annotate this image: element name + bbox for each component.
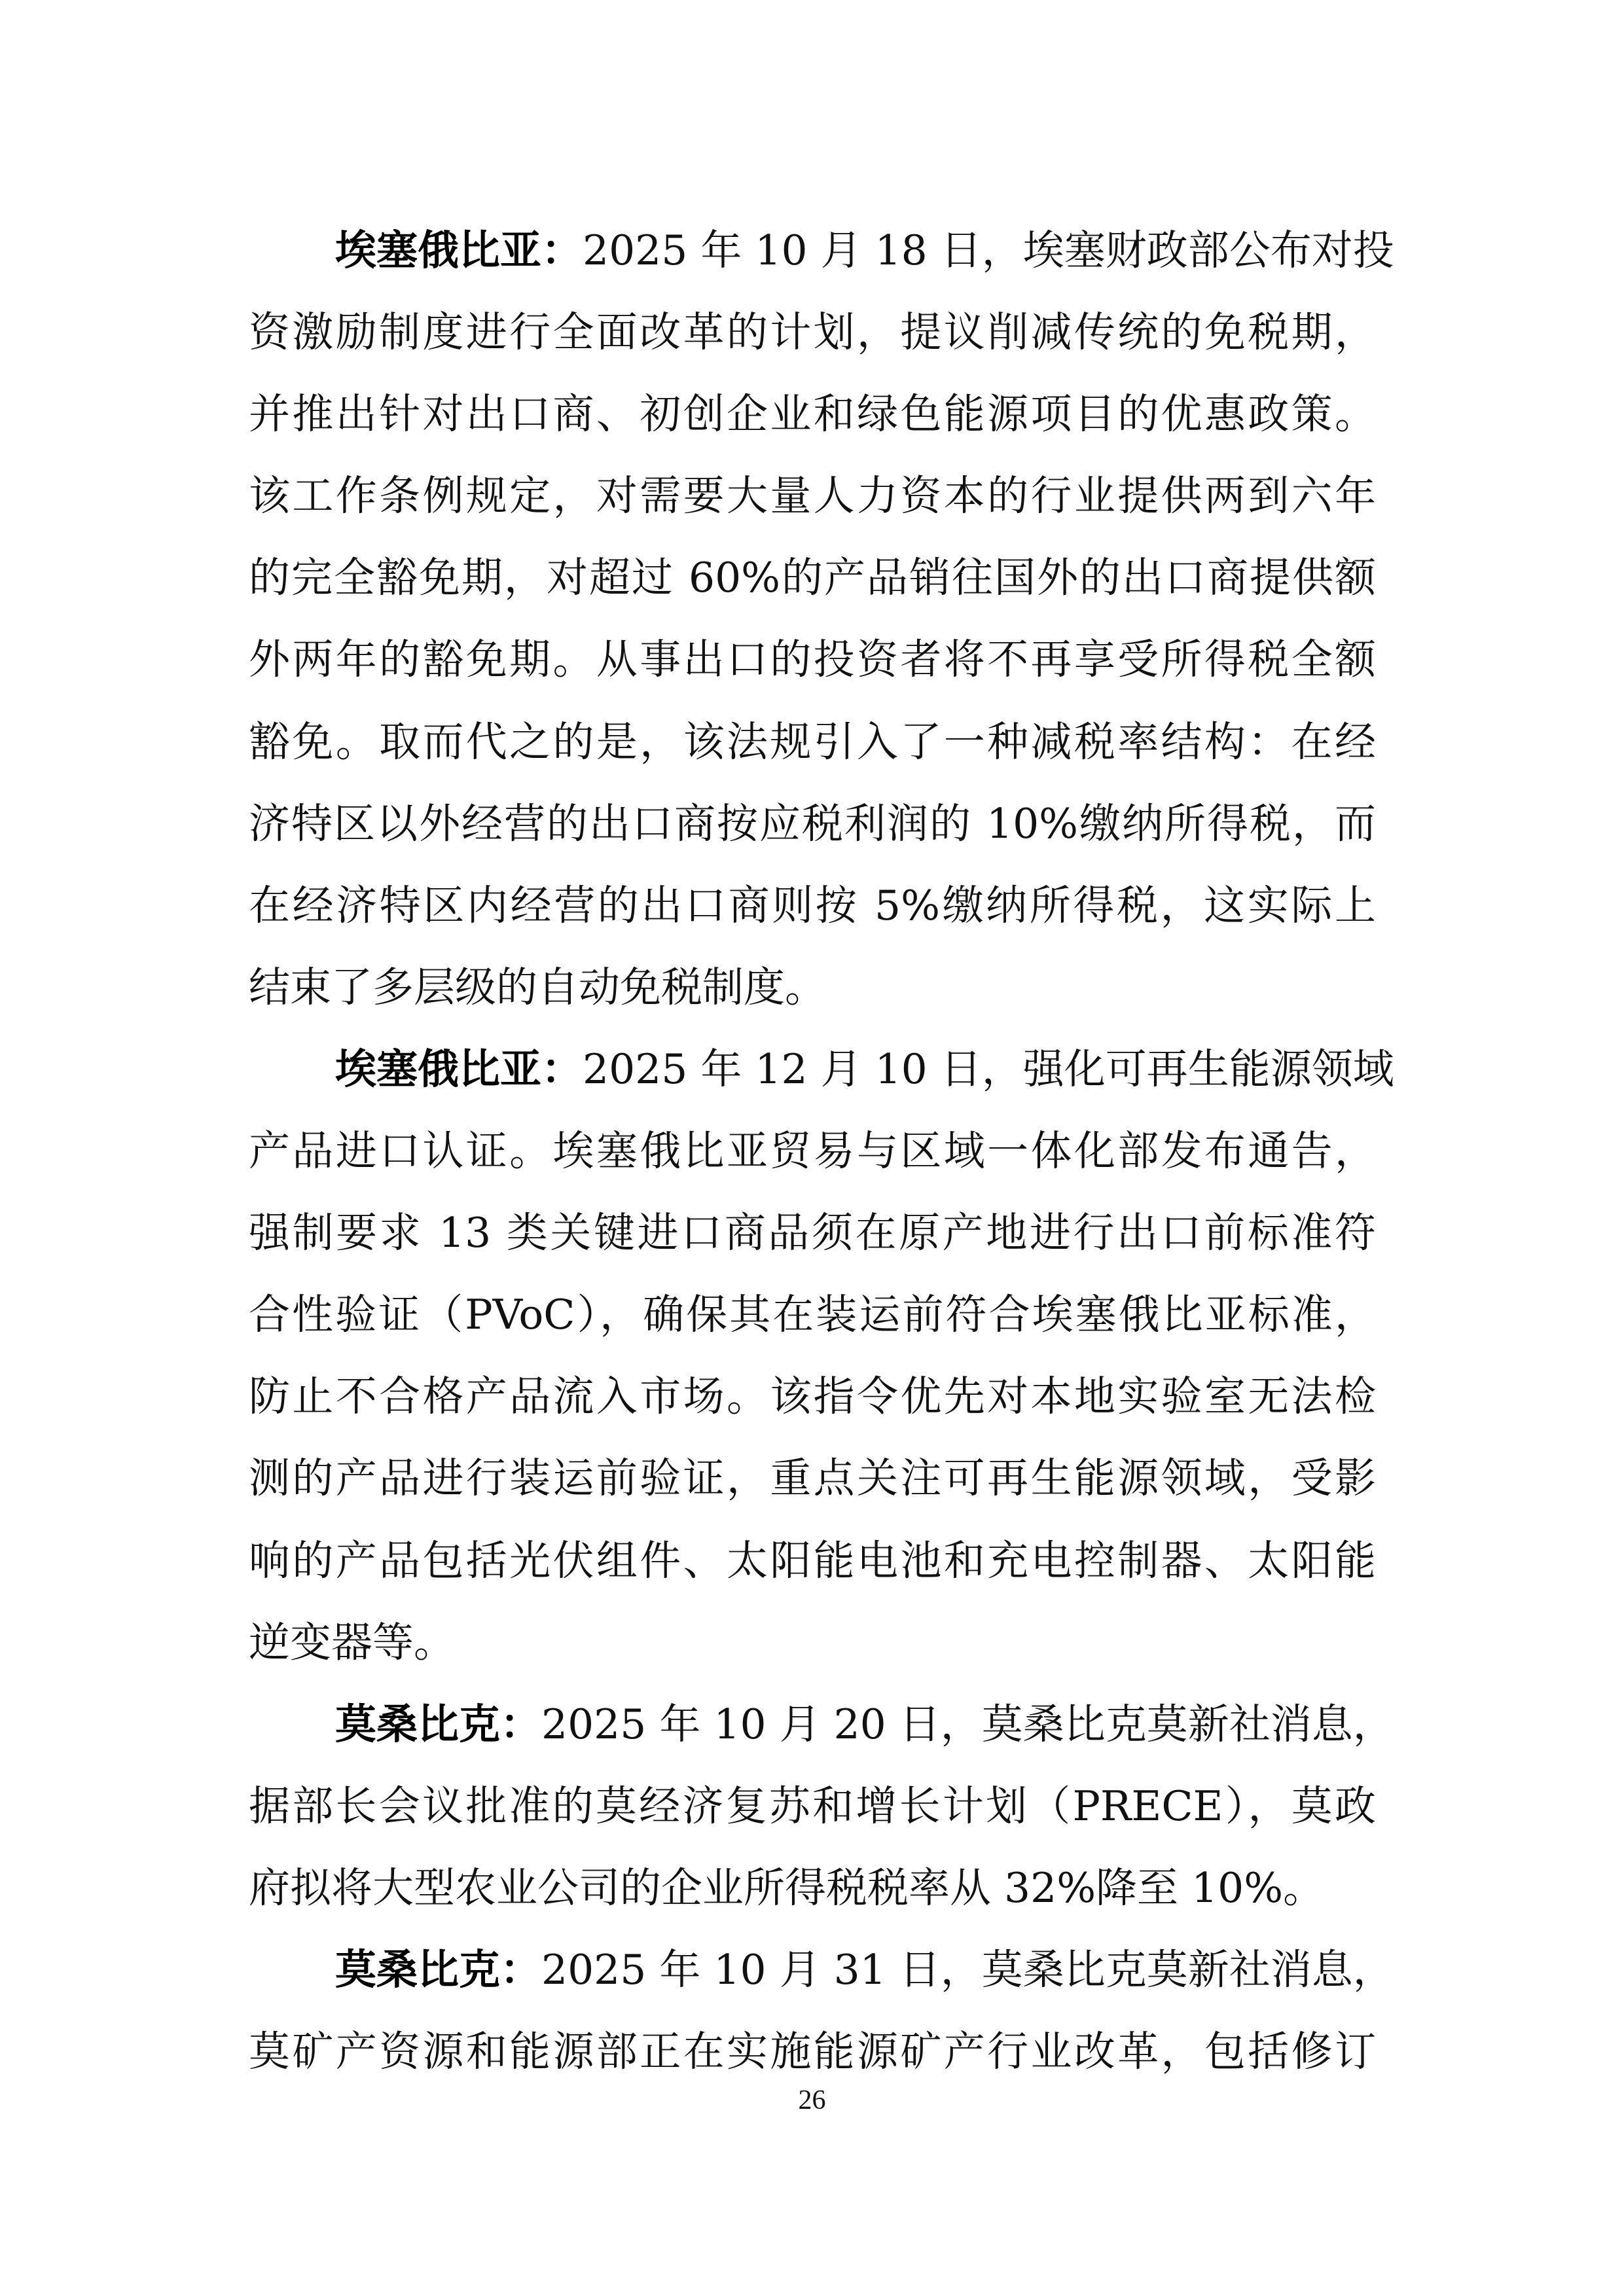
paragraph-1-line-2: 资激励制度进行全面改革的计划，提议削减传统的免税期， [249,291,1376,373]
paragraph-2-line-3: 强制要求 13 类关键进口商品须在原产地进行出口前标准符 [249,1192,1376,1274]
paragraph-2-line-1: 埃塞俄比亚：2025 年 12 月 10 日，强化可再生能源领域 [249,1028,1376,1110]
paragraph-3-line-1: 莫桑比克：2025 年 10 月 20 日，莫桑比克莫新社消息， [249,1683,1376,1765]
document-page: 埃塞俄比亚：2025 年 10 月 18 日，埃塞财政部公布对投 资激励制度进行… [0,0,1624,2296]
paragraph-4-line-1: 莫桑比克：2025 年 10 月 31 日，莫桑比克莫新社消息， [249,1929,1376,2011]
paragraph-2-heading: 埃塞俄比亚： [335,1045,583,1093]
paragraph-1-line-3: 并推出针对出口商、初创企业和绿色能源项目的优惠政策。 [249,373,1376,455]
paragraph-1-line-8: 济特区以外经营的出口商按应税利润的 10%缴纳所得税，而 [249,783,1376,865]
paragraph-2-line-8: 逆变器等。 [249,1602,1376,1683]
paragraph-2-line-5: 防止不合格产品流入市场。该指令优先对本地实验室无法检 [249,1355,1376,1437]
paragraph-4-line-2: 莫矿产资源和能源部正在实施能源矿产行业改革，包括修订 [249,2011,1376,2092]
paragraph-2-line-4: 合性验证（PVoC），确保其在装运前符合埃塞俄比亚标准， [249,1274,1376,1355]
paragraph-3-line-3: 府拟将大型农业公司的企业所得税税率从 32%降至 10%。 [249,1847,1376,1929]
paragraph-2-line-7: 响的产品包括光伏组件、太阳能电池和充电控制器、太阳能 [249,1520,1376,1602]
paragraph-1-heading: 埃塞俄比亚： [335,226,583,274]
paragraph-1-line-5: 的完全豁免期，对超过 60%的产品销往国外的出口商提供额 [249,537,1376,619]
paragraph-3-heading: 莫桑比克： [335,1700,541,1748]
paragraph-2-line-2: 产品进口认证。埃塞俄比亚贸易与区域一体化部发布通告， [249,1110,1376,1192]
paragraph-3-line-2: 据部长会议批准的莫经济复苏和增长计划（PRECE），莫政 [249,1765,1376,1847]
paragraph-1-line-9: 在经济特区内经营的出口商则按 5%缴纳所得税，这实际上 [249,865,1376,946]
paragraph-1-line-7: 豁免。取而代之的是，该法规引入了一种减税率结构：在经 [249,701,1376,783]
paragraph-1-line-10: 结束了多层级的自动免税制度。 [249,946,1376,1028]
paragraph-1-line-6: 外两年的豁免期。从事出口的投资者将不再享受所得税全额 [249,619,1376,700]
paragraph-4-heading: 莫桑比克： [335,1945,541,1994]
body-text: 埃塞俄比亚：2025 年 10 月 18 日，埃塞财政部公布对投 资激励制度进行… [249,209,1376,2092]
page-number: 26 [0,2085,1624,2116]
paragraph-1-line-4: 该工作条例规定，对需要大量人力资本的行业提供两到六年 [249,455,1376,537]
paragraph-1-line-1: 埃塞俄比亚：2025 年 10 月 18 日，埃塞财政部公布对投 [249,209,1376,291]
paragraph-2-line-6: 测的产品进行装运前验证，重点关注可再生能源领域，受影 [249,1437,1376,1519]
